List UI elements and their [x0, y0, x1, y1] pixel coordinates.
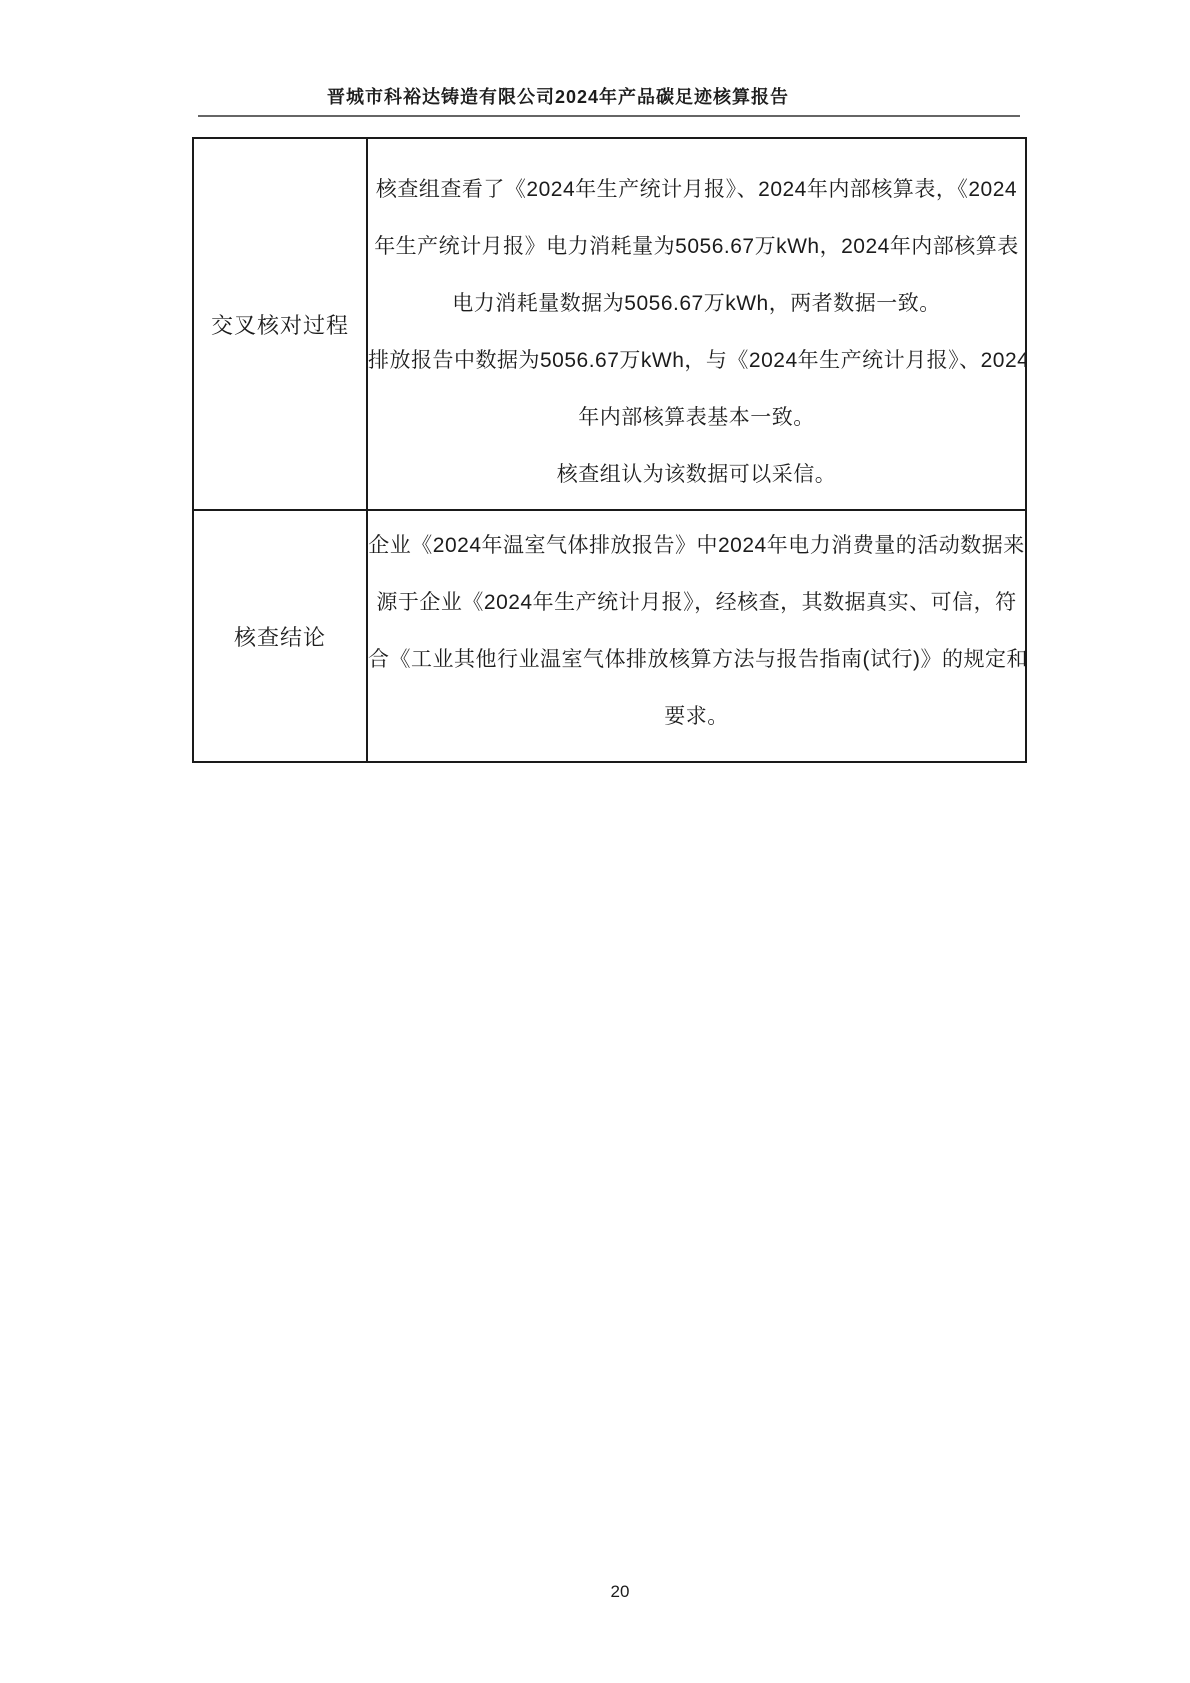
- cross-check-process-cell: 核查组查看了《2024年生产统计月报》、2024年内部核算表，《2024 年生产…: [368, 139, 1025, 511]
- verification-table: 交叉核对过程 核查组查看了《2024年生产统计月报》、2024年内部核算表，《2…: [192, 137, 1027, 763]
- text-line: 核查组查看了《2024年生产统计月报》、2024年内部核算表，《2024: [368, 161, 1025, 218]
- text-line: 年生产统计月报》电力消耗量为5056.67万kWh，2024年内部核算表: [368, 218, 1025, 275]
- header-divider-rule: [198, 115, 1020, 117]
- row-label-verification-conclusion: 核查结论: [194, 511, 368, 761]
- text-line: 源于企业《2024年生产统计月报》，经核查，其数据真实、可信，符: [368, 574, 1025, 631]
- text-line: 企业《2024年温室气体排放报告》中2024年电力消费量的活动数据来: [368, 517, 1025, 574]
- text-line: 排放报告中数据为5056.67万kWh，与《2024年生产统计月报》、2024: [368, 332, 1025, 389]
- page-header-title: 晋城市科裕达铸造有限公司2024年产品碳足迹核算报告: [198, 83, 918, 109]
- text-line: 年内部核算表基本一致。: [368, 389, 1025, 446]
- verification-conclusion-cell: 企业《2024年温室气体排放报告》中2024年电力消费量的活动数据来 源于企业《…: [368, 511, 1025, 761]
- text-line: 电力消耗量数据为5056.67万kWh，两者数据一致。: [368, 275, 1025, 332]
- text-line: 要求。: [368, 688, 1025, 745]
- text-line: 合《工业其他行业温室气体排放核算方法与报告指南(试行)》的规定和: [368, 631, 1025, 688]
- text-line: 核查组认为该数据可以采信。: [368, 446, 1025, 503]
- page-number: 20: [590, 1582, 650, 1602]
- report-page: 晋城市科裕达铸造有限公司2024年产品碳足迹核算报告 交叉核对过程 核查组查看了…: [0, 0, 1190, 1683]
- row-label-cross-check-process: 交叉核对过程: [194, 139, 368, 511]
